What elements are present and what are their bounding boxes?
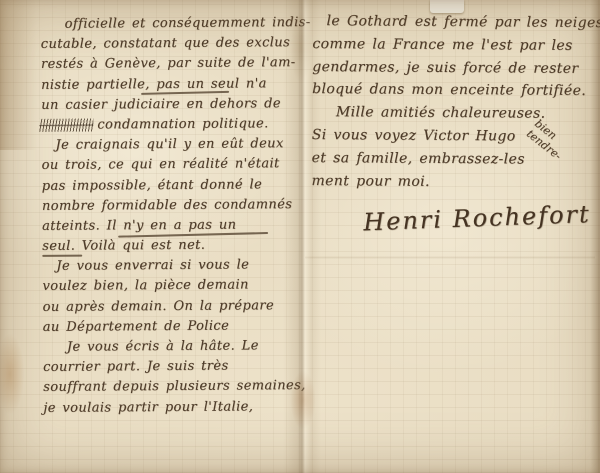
ink-underline [42,255,82,257]
scratched-out-word [39,119,93,132]
right-page: le Gothard est fermé par les neiges et c… [311,13,590,197]
horizontal-crease [305,256,595,259]
handwriting-line: nistie partielle, pas un seul n'a [41,76,293,98]
handwriting-line: au Département de Police [43,318,295,340]
left-page: officielle et conséquemment indis- cutab… [41,15,296,420]
handwriting-line: ment pour moi. [311,173,589,198]
signature: Henri Rochefort [363,200,591,236]
handwriting-line: je voulais partir pour l'Italie, [43,399,295,421]
stain [590,0,600,473]
handwriting-line: Je vous écris à la hâte. Le [43,338,295,360]
handwriting-line: souffrant depuis plusieurs semaines, [43,378,295,400]
handwriting-line: ou trois, ce qui en réalité n'était [42,156,294,178]
handwriting-line: comme la France me l'est par les [312,36,590,61]
handwriting-line: nombre formidable des condamnés [42,197,294,219]
handwriting-line: gendarmes, je suis forcé de rester [312,59,590,84]
handwriting-line: officielle et conséquemment indis- [41,15,293,37]
handwriting-line: Je vous enverrai si vous le [42,257,294,279]
handwriting-line: le Gothard est fermé par les neiges et [312,13,590,38]
handwriting-line: restés à Genève, par suite de l'am- [41,55,293,77]
mounting-tab [430,0,464,13]
handwriting-line: courrier part. Je suis très [43,358,295,380]
handwriting-line: voulez bien, la pièce demain [42,278,294,300]
handwriting-line: ou après demain. On la prépare [43,298,295,320]
handwriting-line: un casier judiciaire en dehors de [41,96,293,118]
handwriting-line: cutable, constatant que des exclus [41,35,293,57]
handwriting-line: bloqué dans mon enceinte fortifiée. [312,81,590,106]
handwriting-line: Je craignais qu'il y en eût deux [41,136,293,158]
stain [0,318,30,430]
handwriting-line: pas impossible, étant donné le [42,177,294,199]
handwritten-letter-photo: officielle et conséquemment indis- cutab… [0,0,600,473]
